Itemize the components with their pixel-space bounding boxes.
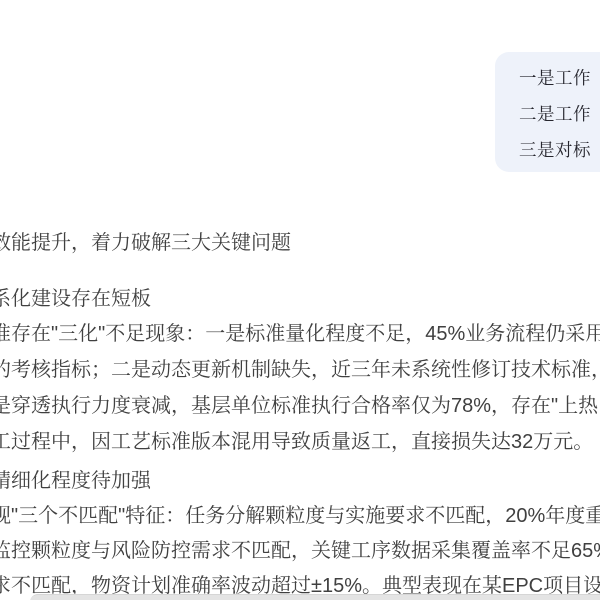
document-body-line: 现"三个不匹配"特征：任务分解颗粒度与实施要求不匹配，20%年度重 — [0, 504, 600, 528]
document-body-line: 监控颗粒度与风险防控需求不匹配，关键工序数据采集覆盖率不足65% — [0, 539, 600, 563]
user-message-line: 二是工作 — [519, 96, 600, 132]
document-body-line: 准存在"三化"不足现象：一是标准量化程度不足，45%业务流程仍采用 — [0, 322, 600, 346]
document-heading-line: 效能提升，着力破解三大关键问题 — [0, 231, 291, 255]
document-body-line: 的考核指标；二是动态更新机制缺失，近三年未系统性修订技术标准， — [0, 358, 600, 382]
document-body-line: 工过程中，因工艺标准版本混用导致质量返工，直接损失达32万元。 — [0, 430, 593, 454]
user-message-line: 一是工作 — [519, 60, 600, 96]
document-subheading-line: 精细化程度待加强 — [0, 469, 151, 493]
document-subheading-line: 系化建设存在短板 — [0, 287, 151, 311]
user-message-line: 三是对标 — [519, 132, 600, 168]
user-message-bubble: 一是工作 二是工作 三是对标 — [495, 52, 600, 172]
bottom-panel-edge — [30, 594, 600, 600]
document-body-line: 是穿透执行力度衰减，基层单位标准执行合格率仅为78%，存在"上热中 — [0, 394, 600, 418]
